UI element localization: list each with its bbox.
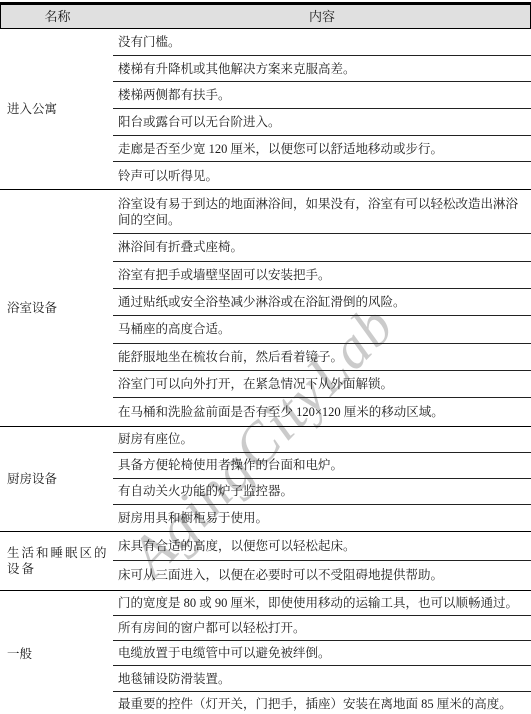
section-label-text: 一般 (7, 646, 32, 662)
table-row: 淋浴间有折叠式座椅。 (113, 234, 531, 261)
table-row: 最重要的控件（灯开关，门把手，插座）安装在离地面 85 厘米的高度。 (113, 692, 531, 714)
section-living-sleeping-equipment: 生活和睡眠区的设备 床具有合适的高度，以便您可以轻松起床。 床可从三面进入，以便… (0, 532, 531, 591)
table-row: 楼梯有升降机或其他解决方案来克服高差。 (113, 56, 531, 83)
column-header-name: 名称 (1, 9, 114, 25)
accessibility-checklist-table: 名称 内容 进入公寓 没有门槛。 楼梯有升降机或其他解决方案来克服高差。 楼梯两… (0, 2, 531, 714)
section-label-text: 进入公寓 (7, 101, 57, 117)
section-rows: 床具有合适的高度，以便您可以轻松起床。 床可从三面进入，以便在必要时可以不受阻碍… (113, 532, 531, 590)
table-row: 浴室设有易于到达的地面淋浴间，如果没有，浴室有可以轻松改造出淋浴间的空间。 (113, 190, 531, 234)
table-header-row: 名称 内容 (0, 4, 531, 29)
table-row: 地毯铺设防滑装置。 (113, 666, 531, 691)
section-label: 一般 (0, 591, 113, 714)
section-label-text: 浴室设备 (7, 300, 57, 316)
table-row: 没有门槛。 (113, 29, 531, 56)
section-bathroom-equipment: 浴室设备 浴室设有易于到达的地面淋浴间，如果没有，浴室有可以轻松改造出淋浴间的空… (0, 190, 531, 427)
table-row: 厨房有座位。 (113, 427, 531, 453)
table-row: 床可从三面进入，以便在必要时可以不受阻碍地提供帮助。 (113, 561, 531, 590)
table-row: 具备方便轮椅使用者操作的台面和电炉。 (113, 453, 531, 479)
column-header-content: 内容 (114, 9, 530, 25)
table-row: 浴室有把手或墙壁坚固可以安装把手。 (113, 262, 531, 289)
section-label: 生活和睡眠区的设备 (0, 532, 113, 590)
section-label-text: 厨房设备 (7, 471, 57, 487)
table-row: 厨房用具和橱柜易于使用。 (113, 505, 531, 531)
table-row: 所有房间的窗户都可以轻松打开。 (113, 616, 531, 641)
section-kitchen-equipment: 厨房设备 厨房有座位。 具备方便轮椅使用者操作的台面和电炉。 有自动关火功能的炉… (0, 427, 531, 532)
table-row: 浴室门可以向外打开，在紧急情况下从外面解锁。 (113, 371, 531, 398)
section-enter-apartment: 进入公寓 没有门槛。 楼梯有升降机或其他解决方案来克服高差。 楼梯两侧都有扶手。… (0, 29, 531, 190)
document-page: AgingCityLab 名称 内容 进入公寓 没有门槛。 楼梯有升降机或其他解… (0, 0, 531, 714)
table-row: 有自动关火功能的炉子监控器。 (113, 479, 531, 505)
table-row: 在马桶和洗脸盆前面是否有至少 120×120 厘米的移动区域。 (113, 398, 531, 425)
section-rows: 门的宽度是 80 或 90 厘米，即使使用移动的运输工具，也可以顺畅通过。 所有… (113, 591, 531, 714)
section-rows: 浴室设有易于到达的地面淋浴间，如果没有，浴室有可以轻松改造出淋浴间的空间。 淋浴… (113, 190, 531, 426)
section-label: 浴室设备 (0, 190, 113, 426)
table-row: 门的宽度是 80 或 90 厘米，即使使用移动的运输工具，也可以顺畅通过。 (113, 591, 531, 616)
table-row: 阳台或露台可以无台阶进入。 (113, 109, 531, 136)
section-label: 厨房设备 (0, 427, 113, 531)
table-row: 铃声可以听得见。 (113, 162, 531, 189)
table-row: 床具有合适的高度，以便您可以轻松起床。 (113, 532, 531, 561)
table-row: 马桶座的高度合适。 (113, 316, 531, 343)
table-row: 电缆放置于电缆管中可以避免被绊倒。 (113, 641, 531, 666)
table-row: 走廊是否至少宽 120 厘米，以便您可以舒适地移动或步行。 (113, 136, 531, 163)
table-row: 通过贴纸或安全浴垫减少淋浴或在浴缸滑倒的风险。 (113, 289, 531, 316)
table-row: 楼梯两侧都有扶手。 (113, 82, 531, 109)
section-rows: 没有门槛。 楼梯有升降机或其他解决方案来克服高差。 楼梯两侧都有扶手。 阳台或露… (113, 29, 531, 189)
section-rows: 厨房有座位。 具备方便轮椅使用者操作的台面和电炉。 有自动关火功能的炉子监控器。… (113, 427, 531, 531)
section-label: 进入公寓 (0, 29, 113, 189)
section-general: 一般 门的宽度是 80 或 90 厘米，即使使用移动的运输工具，也可以顺畅通过。… (0, 591, 531, 714)
table-row: 能舒服地坐在梳妆台前，然后看着镜子。 (113, 344, 531, 371)
section-label-text: 生活和睡眠区的设备 (7, 545, 109, 577)
